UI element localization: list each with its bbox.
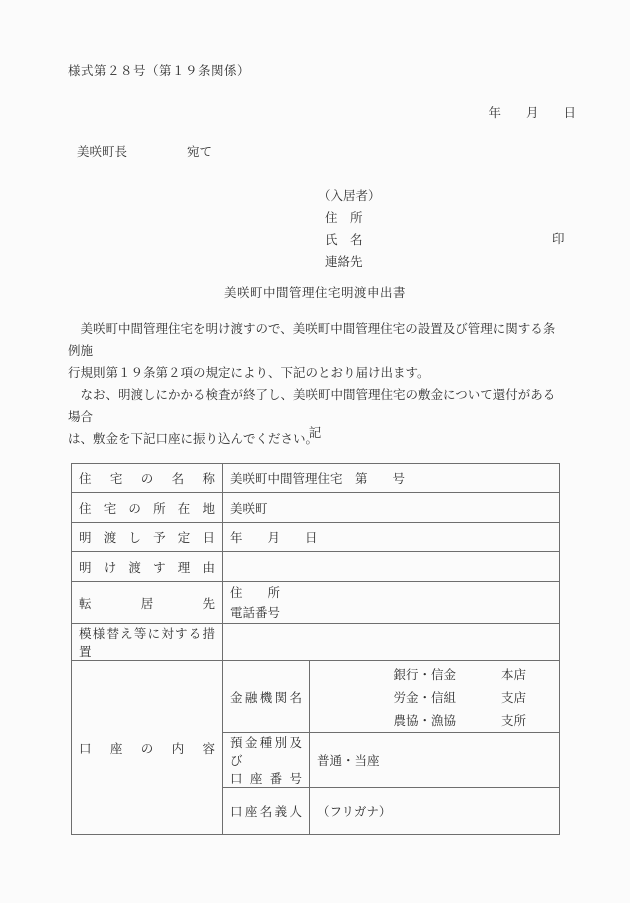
account-type-label-line2: 口座番号 <box>230 769 302 787</box>
bank-option-row: 労金・信組 支店 <box>317 685 552 708</box>
move-date-value: 年 月 日 <box>223 523 560 552</box>
body-line-2: 行規則第１９条第２項の規定により、下記のとおり届け出ます。 <box>68 362 564 384</box>
table-row-housing-location: 住宅の所在地 美咲町 <box>72 493 560 523</box>
bank-option-name: 農協・漁協 <box>393 711 456 729</box>
table-row-new-address: 転居先 住 所 電話番号 <box>72 582 560 624</box>
applicant-address-label: 住 所 <box>318 207 381 229</box>
table-row-housing-name: 住宅の名称 美咲町中間管理住宅 第 号 <box>72 464 560 493</box>
account-type-label: 預金種別及び 口座番号 <box>223 733 310 788</box>
document-page: 様式第２８号（第１９条関係） 年 月 日 美咲町長宛て （入居者） 住 所 氏 … <box>0 0 630 903</box>
bank-option-branch: 本店 <box>501 665 526 683</box>
applicant-contact-label: 連絡先 <box>318 251 381 273</box>
account-holder-label: 口座名義人 <box>223 788 310 835</box>
reason-label-text: 明け渡す理由 <box>79 558 215 576</box>
move-date-label-text: 明渡し予定日 <box>79 528 215 546</box>
bank-options: 銀行・信金 本店 労金・信組 支店 農協・漁協 支所 <box>310 661 560 733</box>
applicant-name-label: 氏 名 <box>318 229 381 251</box>
reason-label: 明け渡す理由 <box>72 552 223 582</box>
account-holder-label-text: 口座名義人 <box>230 802 302 820</box>
account-type-label-line1: 預金種別及び <box>230 733 302 769</box>
bank-option-name: 銀行・信金 <box>393 665 456 683</box>
table-row-bank: 口座の内容 金融機関名 銀行・信金 本店 労金・信組 支店 農協・漁協 支所 <box>72 661 560 733</box>
bank-option-row: 農協・漁協 支所 <box>317 708 552 731</box>
account-label-text: 口座の内容 <box>79 739 215 757</box>
housing-location-value: 美咲町 <box>223 493 560 523</box>
notification-table: 住宅の名称 美咲町中間管理住宅 第 号 住宅の所在地 美咲町 明渡し予定日 年 … <box>71 463 560 835</box>
form-number: 様式第２８号（第１９条関係） <box>68 61 250 79</box>
renovation-label: 模様替え等に対する措置 <box>72 624 223 661</box>
housing-location-label: 住宅の所在地 <box>72 493 223 523</box>
housing-location-label-text: 住宅の所在地 <box>79 499 215 517</box>
table-row-move-date: 明渡し予定日 年 月 日 <box>72 523 560 552</box>
new-address-label-text: 転居先 <box>79 594 215 612</box>
document-title: 美咲町中間管理住宅明渡申出書 <box>0 283 630 301</box>
seal-mark: 印 <box>552 229 565 247</box>
renovation-label-text: 模様替え等に対する措置 <box>79 624 215 660</box>
account-label: 口座の内容 <box>72 661 223 835</box>
reason-value <box>223 552 560 582</box>
bank-option-branch: 支店 <box>501 688 526 706</box>
new-address-value: 住 所 電話番号 <box>223 582 560 624</box>
applicant-block: （入居者） 住 所 氏 名 連絡先 <box>318 185 381 273</box>
recipient-suffix: 宛て <box>187 144 212 159</box>
housing-name-value: 美咲町中間管理住宅 第 号 <box>223 464 560 493</box>
account-type-value: 普通・当座 <box>310 733 560 788</box>
table-row-renovation: 模様替え等に対する措置 <box>72 624 560 661</box>
bank-option-branch: 支所 <box>501 711 526 729</box>
bank-label-text: 金融機関名 <box>230 688 302 706</box>
renovation-value <box>223 624 560 661</box>
account-holder-value: （フリガナ） <box>310 788 560 835</box>
move-date-label: 明渡し予定日 <box>72 523 223 552</box>
recipient-name: 美咲町長 <box>77 144 127 159</box>
body-line-3: なお、明渡しにかかる検査が終了し、美咲町中間管理住宅の敷金について還付がある場合 <box>68 384 564 428</box>
date-line: 年 月 日 <box>488 103 576 121</box>
new-address-label: 転居先 <box>72 582 223 624</box>
body-line-1: 美咲町中間管理住宅を明け渡すので、美咲町中間管理住宅の設置及び管理に関する条例施 <box>68 318 564 362</box>
applicant-heading: （入居者） <box>318 185 381 207</box>
bank-label: 金融機関名 <box>223 661 310 733</box>
new-address-phone-label: 電話番号 <box>230 603 552 623</box>
housing-name-label: 住宅の名称 <box>72 464 223 493</box>
bank-option-name: 労金・信組 <box>393 688 456 706</box>
bank-option-row: 銀行・信金 本店 <box>317 662 552 685</box>
table-row-reason: 明け渡す理由 <box>72 552 560 582</box>
housing-name-label-text: 住宅の名称 <box>79 469 215 487</box>
new-address-address-label: 住 所 <box>230 583 552 603</box>
recipient-line: 美咲町長宛て <box>77 142 212 160</box>
record-marker: 記 <box>0 423 630 441</box>
